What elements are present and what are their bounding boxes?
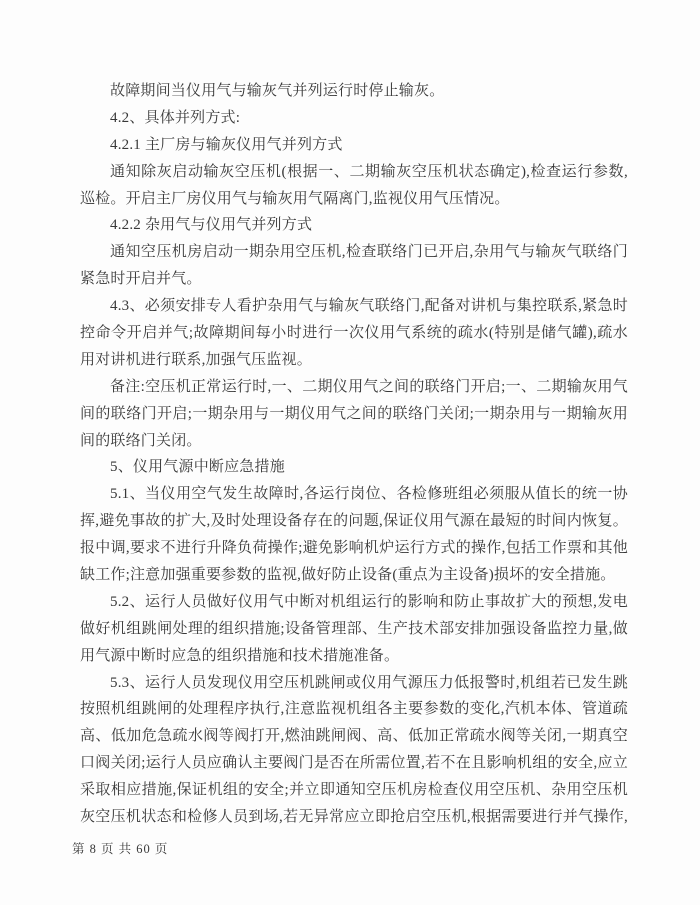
text-line: 高、低加危急疏水阀等阀打开,燃油跳闸阀、高、低加正常疏水阀等关闭,一期真空泵入 — [80, 723, 628, 750]
text-line: 控命令开启并气;故障期间每小时进行一次仪用气系统的疏水(特别是储气罐),疏水过程 — [80, 320, 628, 347]
paragraph: 5.1、当仪用空气发生故障时,各运行岗位、各检修班组必须服从值长的统一协调、指 … — [80, 481, 628, 589]
text-line: 报中调,要求不进行升降负荷操作;避免影响机炉运行方式的操作,包括工作票和其他消 — [80, 535, 628, 562]
text-line: 4.2.1 主厂房与输灰仪用气并列方式 — [80, 132, 628, 159]
text-line: 挥,避免事故的扩大,及时处理设备存在的问题,保证仪用气源在最短的时间内恢复。汇 — [80, 508, 628, 535]
paragraph: 4.3、必须安排专人看护杂用气与输灰气联络门,配备对讲机与集控联系,紧急时由集 … — [80, 293, 628, 374]
paragraph: 故障期间当仪用气与输灰气并列运行时停止输灰。 — [80, 78, 628, 105]
page-footer: 第 8 页 共 60 页 — [72, 840, 168, 858]
paragraph: 通知空压机房启动一期杂用空压机,检查联络门已开启,杂用气与输灰气联络门关闭, 紧… — [80, 239, 628, 293]
section-heading: 5、仪用气源中断应急措施 — [80, 454, 628, 481]
text-line: 5、仪用气源中断应急措施 — [80, 454, 628, 481]
paragraph: 4.2、具体并列方式: — [80, 105, 628, 132]
page-number-label: 第 8 页 共 60 页 — [72, 842, 168, 856]
paragraph: 备注:空压机正常运行时,一、二期仪用气之间的联络门开启;一、二期输灰用气之 间的… — [80, 374, 628, 455]
text-line: 用对讲机进行联系,加强气压监视。 — [80, 347, 628, 374]
text-line: 间的联络门关闭。 — [80, 428, 628, 455]
text-line: 做好机组跳闸处理的组织措施;设备管理部、生产技术部安排加强设备监控力量,做好仪 — [80, 616, 628, 643]
text-line: 按照机组跳闸的处理程序执行,注意监视机组各主要参数的变化,汽机本体、管道疏水阀、 — [80, 696, 628, 723]
text-line: 灰空压机状态和检修人员到场,若无异常应立即抢启空压机,根据需要进行并气操作,尽 — [80, 804, 628, 831]
body-text: 故障期间当仪用气与输灰气并列运行时停止输灰。 4.2、具体并列方式: 4.2.1… — [80, 78, 628, 831]
text-line: 5.3、运行人员发现仪用空压机跳闸或仪用气源压力低报警时,机组若已发生跳闸,则 — [80, 670, 628, 697]
paragraph: 5.3、运行人员发现仪用空压机跳闸或仪用气源压力低报警时,机组若已发生跳闸,则 … — [80, 670, 628, 831]
text-line: 备注:空压机正常运行时,一、二期仪用气之间的联络门开启;一、二期输灰用气之 — [80, 374, 628, 401]
paragraph: 4.2.2 杂用气与仪用气并列方式 — [80, 212, 628, 239]
text-line: 5.1、当仪用空气发生故障时,各运行岗位、各检修班组必须服从值长的统一协调、指 — [80, 481, 628, 508]
text-line: 4.2.2 杂用气与仪用气并列方式 — [80, 212, 628, 239]
text-line: 通知除灰启动输灰空压机(根据一、二期输灰空压机状态确定),检查运行参数,加强 — [80, 159, 628, 186]
text-line: 口阀关闭;运行人员应确认主要阀门是否在所需位置,若不在且影响机组的安全,应立即 — [80, 750, 628, 777]
text-line: 用气源中断时应急的组织措施和技术措施准备。 — [80, 643, 628, 670]
text-line: 间的联络门开启;一期杂用与一期仪用气之间的联络门关闭;一期杂用与一期输灰用气之 — [80, 401, 628, 428]
document-page: 故障期间当仪用气与输灰气并列运行时停止输灰。 4.2、具体并列方式: 4.2.1… — [0, 0, 700, 905]
text-line: 采取相应措施,保证机组的安全;并立即通知空压机房检查仪用空压机、杂用空压机和输 — [80, 777, 628, 804]
text-line: 4.2、具体并列方式: — [80, 105, 628, 132]
paragraph: 通知除灰启动输灰空压机(根据一、二期输灰空压机状态确定),检查运行参数,加强 巡… — [80, 159, 628, 213]
text-line: 紧急时开启并气。 — [80, 266, 628, 293]
paragraph: 5.2、运行人员做好仪用气中断对机组运行的影响和防止事故扩大的预想,发电运行部 … — [80, 589, 628, 670]
text-line: 缺工作;注意加强重要参数的监视,做好防止设备(重点为主设备)损坏的安全措施。 — [80, 562, 628, 589]
text-line: 通知空压机房启动一期杂用空压机,检查联络门已开启,杂用气与输灰气联络门关闭, — [80, 239, 628, 266]
text-line: 巡检。开启主厂房仪用气与输灰用气隔离门,监视仪用气压情况。 — [80, 186, 628, 213]
paragraph: 4.2.1 主厂房与输灰仪用气并列方式 — [80, 132, 628, 159]
text-line: 故障期间当仪用气与输灰气并列运行时停止输灰。 — [80, 78, 628, 105]
text-line: 5.2、运行人员做好仪用气中断对机组运行的影响和防止事故扩大的预想,发电运行部 — [80, 589, 628, 616]
text-line: 4.3、必须安排专人看护杂用气与输灰气联络门,配备对讲机与集控联系,紧急时由集 — [80, 293, 628, 320]
